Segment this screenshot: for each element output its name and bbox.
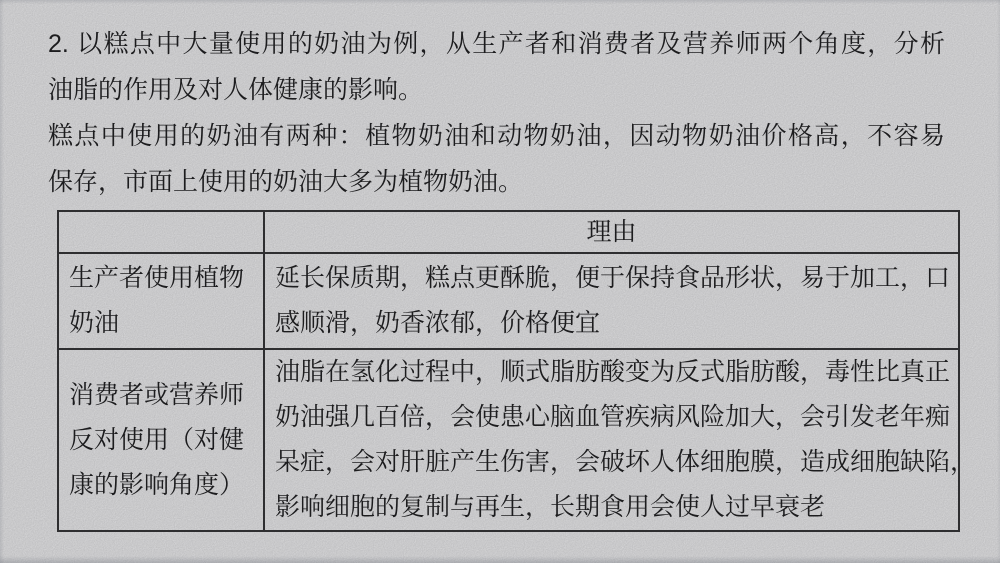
table-row-consumer: 消费者或营养师 反对使用（对健 康的影响角度） 油脂在氢化过程中，顺式脂肪酸变为… xyxy=(58,349,959,531)
consumer-label-cell: 消费者或营养师 反对使用（对健 康的影响角度） xyxy=(58,349,264,531)
cell-line: 影响细胞的复制与再生，长期食用会使人过早衰老 xyxy=(275,485,948,530)
cell-line: 生产者使用植物 xyxy=(69,256,253,301)
cell-line: 感顺滑，奶香浓郁，价格便宜 xyxy=(275,301,948,346)
cell-line: 油脂在氢化过程中，顺式脂肪酸变为反式脂肪酸，毒性比真正 xyxy=(275,350,948,395)
consumer-reason-cell: 油脂在氢化过程中，顺式脂肪酸变为反式脂肪酸，毒性比真正 奶油强几百倍，会使患心脑… xyxy=(264,349,959,531)
cell-line: 奶油 xyxy=(69,301,253,346)
producer-reason-cell: 延长保质期，糕点更酥脆，便于保持食品形状，易于加工，口 感顺滑，奶香浓郁，价格便… xyxy=(264,253,959,349)
cell-line: 奶油强几百倍，会使患心脑血管疾病风险加大，会引发老年痴 xyxy=(275,395,948,440)
cell-line: 延长保质期，糕点更酥脆，便于保持食品形状，易于加工，口 xyxy=(275,256,948,301)
table-row-producer: 生产者使用植物 奶油 延长保质期，糕点更酥脆，便于保持食品形状，易于加工，口 感… xyxy=(58,253,959,349)
slide-page: 2. 以糕点中大量使用的奶油为例，从生产者和消费者及营养师两个角度，分析 油脂的… xyxy=(0,0,1000,563)
intro-line-1: 2. 以糕点中大量使用的奶油为例，从生产者和消费者及营养师两个角度，分析 xyxy=(48,21,945,67)
reason-table: 理由 生产者使用植物 奶油 延长保质期，糕点更酥脆，便于保持食品形状，易于加工，… xyxy=(57,210,960,532)
header-reason-cell: 理由 xyxy=(264,211,959,253)
intro-paragraph: 2. 以糕点中大量使用的奶油为例，从生产者和消费者及营养师两个角度，分析 油脂的… xyxy=(48,21,945,205)
producer-label-cell: 生产者使用植物 奶油 xyxy=(58,253,264,349)
intro-line-4: 保存，市面上使用的奶油大多为植物奶油。 xyxy=(48,159,945,205)
table-header-row: 理由 xyxy=(58,211,959,253)
intro-line-3: 糕点中使用的奶油有两种：植物奶油和动物奶油，因动物奶油价格高，不容易 xyxy=(48,113,945,159)
cell-line: 消费者或营养师 xyxy=(69,373,253,418)
cell-line: 呆症，会对肝脏产生伤害，会破坏人体细胞膜，造成细胞缺陷， xyxy=(275,440,948,485)
intro-line-2: 油脂的作用及对人体健康的影响。 xyxy=(48,67,945,113)
header-empty-cell xyxy=(58,211,264,253)
cell-line: 反对使用（对健 xyxy=(69,418,253,463)
cell-line: 康的影响角度） xyxy=(69,463,253,508)
